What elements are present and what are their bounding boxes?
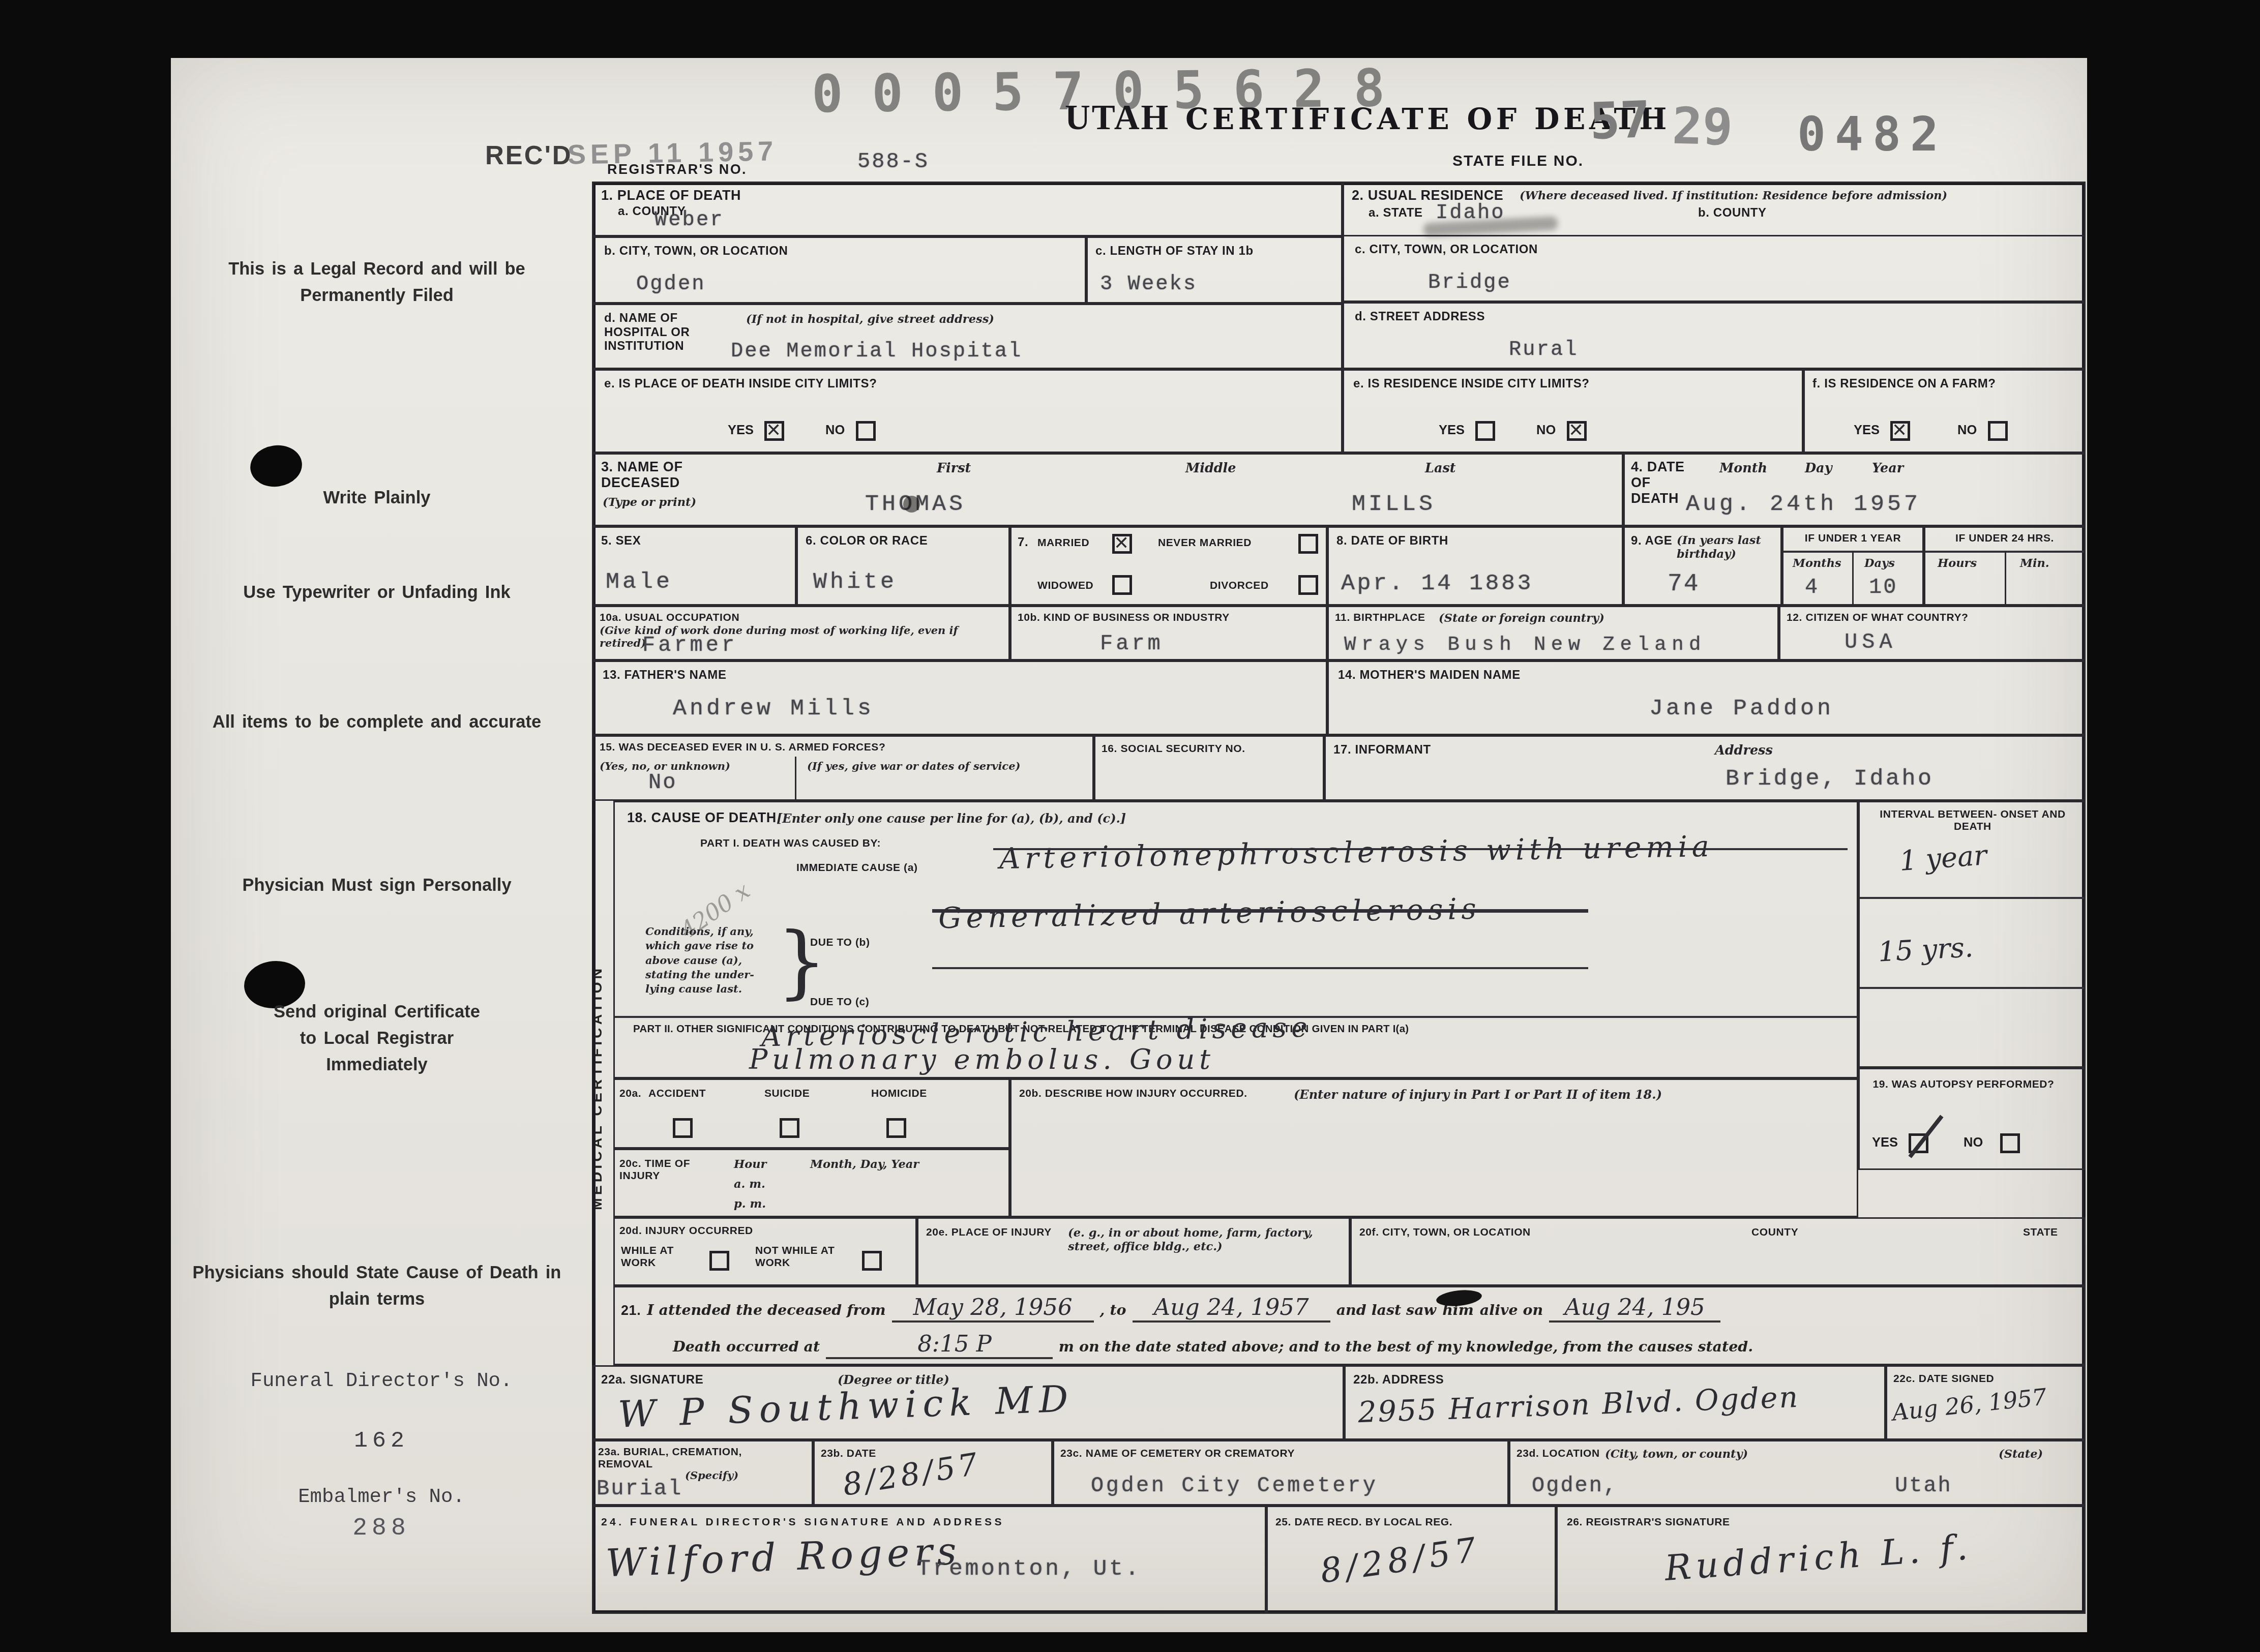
last-seen-handwriting: Aug 24, 195 — [1549, 1294, 1720, 1323]
field-value: Idaho — [1436, 201, 1505, 225]
field-age: 9. AGE (In years last birthday) 74 — [1623, 526, 1782, 606]
interval-b-handwriting: 15 yrs. — [1877, 931, 1974, 968]
field-value: Male — [606, 569, 673, 595]
field-physician-address: 22b. ADDRESS 2955 Harrison Blvd. Ogden — [1344, 1365, 1886, 1440]
hours-label: Hours — [1938, 557, 1977, 570]
no-label: NO — [825, 423, 845, 438]
field-marital-status: 7. MARRIED NEVER MARRIED WIDOWED DIVORCE… — [1010, 526, 1327, 606]
months-value: 4 — [1805, 575, 1819, 599]
ink-blot — [1436, 1288, 1483, 1308]
field-value: No — [648, 770, 677, 795]
field-value: Ogden City Cemetery — [1091, 1474, 1378, 1498]
brace-glyph: } — [777, 915, 827, 1008]
field-label: 1. PLACE OF DEATH — [601, 188, 741, 203]
last-label: Last — [1425, 461, 1456, 476]
field-date-of-death: 4. DATE OF DEATH Month Day Year Aug. 24t… — [1623, 453, 2086, 526]
field-label: 3. NAME OF DECEASED — [601, 459, 716, 491]
statement-text: m on the date stated above; and to the b… — [1059, 1338, 1753, 1355]
field-death-inside-city-limits: e. IS PLACE OF DEATH INSIDE CITY LIMITS?… — [592, 369, 1343, 453]
field-residence-on-farm: f. IS RESIDENCE ON A FARM? YES NO — [1803, 369, 2086, 453]
field-label: 20e. PLACE OF INJURY — [926, 1226, 1052, 1239]
him-word: him — [1442, 1301, 1474, 1318]
part1-label: PART I. DEATH WAS CAUSED BY: — [700, 837, 881, 850]
field-note2: (If yes, give war or dates of service) — [807, 760, 1082, 772]
while-at-work-label: WHILE AT WORK — [621, 1245, 700, 1269]
min-label: Min. — [2020, 557, 2049, 570]
checkbox-res-limits-no — [1567, 421, 1587, 441]
checkbox-farm-no — [1988, 421, 2008, 441]
field-label: d. NAME OF HOSPITAL OR INSTITUTION — [604, 311, 714, 353]
margin-note-legal: This is a Legal Record and will be Perma… — [180, 256, 574, 309]
field-label: 11. BIRTHPLACE — [1335, 612, 1425, 624]
field-burial-date: 23b. DATE 8/28/57 — [813, 1440, 1053, 1506]
field-informant: 17. INFORMANT Address Bridge, Idaho — [1324, 735, 2086, 801]
field-label: INTERVAL BETWEEN- ONSET AND DEATH — [1866, 808, 2079, 833]
field-citizen-of-what-country: 12. CITIZEN OF WHAT COUNTRY? USA — [1779, 606, 2086, 660]
field-label: 16. SOCIAL SECURITY NO. — [1102, 743, 1315, 755]
field-note: (If not in hospital, give street address… — [746, 313, 994, 326]
checkbox-autopsy-no — [2000, 1133, 2020, 1153]
field-birthplace: 11. BIRTHPLACE (State or foreign country… — [1327, 606, 1779, 660]
field-mothers-maiden-name: 14. MOTHER'S MAIDEN NAME Jane Paddon — [1327, 660, 2086, 735]
city-value: Ogden, — [1532, 1474, 1618, 1498]
field-label: 23b. DATE — [821, 1448, 876, 1460]
field-label: 23c. NAME OF CEMETERY OR CREMATORY — [1060, 1448, 1295, 1460]
widowed-label: WIDOWED — [1037, 580, 1093, 592]
field-value: Apr. 14 1883 — [1341, 570, 1533, 596]
field-value: 74 — [1668, 570, 1700, 598]
field-value: 3 Weeks — [1100, 273, 1197, 296]
field-label: 22b. ADDRESS — [1353, 1373, 1444, 1387]
margin-note-complete: All items to be complete and accurate — [180, 709, 574, 736]
hour-label: Hour — [734, 1158, 766, 1172]
field-note: [Enter only one cause per line for (a), … — [777, 812, 1126, 826]
checkbox-married — [1112, 534, 1132, 554]
field-sex: 5. SEX Male — [592, 526, 796, 606]
state-file-stamp-a: 57 — [1589, 91, 1651, 151]
field-cemetery-location: 23d. LOCATION (City, town, or county) (S… — [1509, 1440, 2086, 1506]
field-autopsy: 19. WAS AUTOPSY PERFORMED? YES NO — [1858, 1068, 2086, 1170]
field-label: IF UNDER 1 YEAR — [1783, 532, 1922, 545]
am-label: a. m. — [734, 1178, 765, 1191]
field-value: Farm — [1100, 632, 1164, 656]
field-value: Ogden — [636, 273, 706, 296]
field-label: 15. WAS DECEASED EVER IN U. S. ARMED FOR… — [600, 741, 885, 754]
margin-note-send: Send original Certificate to Local Regis… — [180, 999, 574, 1078]
statement-text: and last saw — [1336, 1301, 1437, 1318]
field-registrar-signature: 26. REGISTRAR'S SIGNATURE Ruddrich L. f. — [1556, 1506, 2086, 1614]
field-time-of-injury: 20c. TIME OF INJURY Hour a. m. p. m. Mon… — [613, 1149, 1010, 1217]
first-label: First — [937, 461, 971, 476]
field-if-under-1-year: IF UNDER 1 YEAR Months Days 4 10 — [1782, 526, 1924, 606]
margin-note-cause: Physicians should State Cause of Death i… — [180, 1260, 574, 1313]
field-label: 14. MOTHER'S MAIDEN NAME — [1338, 668, 1521, 682]
days-label: Days — [1864, 557, 1895, 570]
suicide-label: SUICIDE — [764, 1088, 810, 1100]
field-social-security-no: 16. SOCIAL SECURITY NO. — [1094, 735, 1324, 801]
address-handwriting: 2955 Harrison Blvd. Ogden — [1357, 1380, 1800, 1429]
not-while-at-work-label: NOT WHILE AT WORK — [755, 1245, 847, 1269]
checkbox-res-limits-yes — [1475, 421, 1495, 441]
field-place-of-injury: 20e. PLACE OF INJURY (e. g., in or about… — [917, 1217, 1350, 1286]
time-of-death-handwriting: 8:15 P — [826, 1330, 1053, 1359]
field-sublabel: a. STATE — [1369, 206, 1423, 220]
field-name-of-deceased: 3. NAME OF DECEASED (Type or print) Firs… — [592, 453, 1623, 526]
never-married-label: NEVER MARRIED — [1158, 537, 1252, 549]
day-label: Day — [1805, 461, 1832, 476]
yes-label: YES — [1439, 423, 1465, 438]
margin-note-typewriter: Use Typewriter or Unfading Ink — [180, 580, 574, 606]
state-value: Utah — [1895, 1474, 1952, 1498]
accident-label: ACCIDENT — [648, 1088, 706, 1100]
field-value: Weber — [655, 208, 724, 232]
field-label: 20a. — [619, 1088, 641, 1100]
checkbox-homicide — [886, 1118, 906, 1138]
field-accident-suicide-homicide: 20a. ACCIDENT SUICIDE HOMICIDE — [613, 1078, 1010, 1149]
statement-text: I attended the deceased from — [647, 1301, 885, 1318]
field-label: c. LENGTH OF STAY IN 1b — [1095, 244, 1324, 258]
statement-text: alive on — [1480, 1301, 1543, 1318]
field-label: e. IS RESIDENCE INSIDE CITY LIMITS? — [1353, 377, 1590, 391]
field-label: 18. CAUSE OF DEATH — [627, 810, 777, 826]
field-label: 23a. BURIAL, CREMATION, REMOVAL — [598, 1446, 766, 1470]
field-label: 21. — [621, 1303, 641, 1318]
field-note: (In years last birthday) — [1677, 534, 1783, 561]
state-file-label: STATE FILE NO. — [1452, 153, 1584, 170]
immediate-cause-label: IMMEDIATE CAUSE (a) — [796, 862, 918, 874]
field-color-or-race: 6. COLOR OR RACE White — [796, 526, 1010, 606]
field-label: c. CITY, TOWN, OR LOCATION — [1355, 243, 1538, 257]
field-value: Dee Memorial Hospital — [731, 340, 1022, 363]
field-armed-forces: 15. WAS DECEASED EVER IN U. S. ARMED FOR… — [592, 735, 1094, 801]
field-injury-city: 20f. CITY, TOWN, OR LOCATION COUNTY STAT… — [1350, 1217, 2086, 1286]
yes-label: YES — [1854, 423, 1880, 438]
field-injury-occurred: 20d. INJURY OCCURRED WHILE AT WORK NOT W… — [613, 1217, 917, 1286]
field-label: 20f. CITY, TOWN, OR LOCATION — [1359, 1226, 1531, 1239]
field-funeral-director-signature: 24. FUNERAL DIRECTOR'S SIGNATURE AND ADD… — [592, 1506, 1266, 1614]
field-label: d. STREET ADDRESS — [1355, 310, 1485, 324]
field-city-of-death: b. CITY, TOWN, OR LOCATION Ogden — [592, 236, 1086, 304]
field-note: (Specify) — [685, 1469, 738, 1482]
field-describe-injury: 20b. DESCRIBE HOW INJURY OCCURRED. (Ente… — [1010, 1078, 1858, 1217]
field-value: Rural — [1509, 338, 1579, 362]
field-label: 9. AGE — [1631, 534, 1672, 548]
year-label: Year — [1872, 461, 1904, 476]
field-label: 25. DATE RECD. BY LOCAL REG. — [1275, 1516, 1520, 1528]
field-residence-street: d. STREET ADDRESS Rural — [1343, 302, 2086, 369]
field-label: 7. — [1018, 535, 1028, 550]
field-label: 13. FATHER'S NAME — [603, 668, 727, 682]
field-residence-city: c. CITY, TOWN, OR LOCATION Bridge — [1343, 235, 2086, 302]
field-date-of-birth: 8. DATE OF BIRTH Apr. 14 1883 — [1327, 526, 1623, 606]
checkbox-widowed — [1112, 575, 1132, 595]
funeral-director-no: 162 — [229, 1428, 534, 1454]
month-label: Month — [1719, 461, 1767, 476]
checkbox-suicide — [780, 1118, 799, 1138]
field-cause-of-death: 18. CAUSE OF DEATH [Enter only one cause… — [613, 801, 1858, 1078]
embalmer-no-label: Embalmer's No. — [198, 1486, 564, 1508]
field-usual-residence-state: 2. USUAL RESIDENCE (Where deceased lived… — [1343, 182, 2086, 236]
statement-text: Death occurred at — [673, 1338, 820, 1355]
no-label: NO — [1957, 423, 1977, 438]
checkbox-farm-yes — [1890, 421, 1910, 441]
field-label: 12. CITIZEN OF WHAT COUNTRY? — [1787, 612, 2076, 624]
field-label: 6. COLOR OR RACE — [806, 534, 928, 548]
field-label: 20b. DESCRIBE HOW INJURY OCCURRED. — [1019, 1088, 1247, 1100]
pm-label: p. m. — [734, 1197, 766, 1211]
field-value: Aug. 24th 1957 — [1686, 491, 1921, 517]
checkbox-divorced — [1298, 575, 1318, 595]
field-value: White — [813, 569, 897, 595]
registrar-handwriting: Ruddrich L. f. — [1663, 1527, 1974, 1589]
field-note: (City, town, or county) — [1605, 1448, 1748, 1461]
checkbox-not-while-at-work — [862, 1251, 882, 1271]
field-label: f. IS RESIDENCE ON A FARM? — [1812, 377, 2079, 391]
interval-a-handwriting: 1 year — [1898, 839, 1988, 877]
no-label: NO — [1536, 423, 1556, 438]
field-label: e. IS PLACE OF DEATH INSIDE CITY LIMITS? — [604, 377, 877, 391]
state-file-stamp-b: 29 — [1672, 97, 1734, 157]
scanned-death-certificate: 0005705628 REC'D SEP 11 1957 588-S REGIS… — [0, 0, 2259, 1652]
field-burial-type: 23a. BURIAL, CREMATION, REMOVAL (Specify… — [592, 1440, 813, 1506]
yes-label: YES — [728, 423, 754, 438]
field-note: (Type or print) — [603, 496, 696, 509]
month-day-year-label: Month, Day, Year — [810, 1158, 919, 1172]
field-value: Farmer — [642, 633, 737, 657]
field-label: 20c. TIME OF INJURY — [619, 1158, 711, 1182]
cause-b-handwriting: Generalized arteriosclerosis — [938, 892, 1481, 936]
field-physician-signature: 22a. SIGNATURE (Degree or title) W P Sou… — [592, 1365, 1344, 1440]
state-note: (State) — [1999, 1448, 2043, 1461]
field-cemetery-name: 23c. NAME OF CEMETERY OR CREMATORY Ogden… — [1053, 1440, 1509, 1506]
checkbox-never-married — [1298, 534, 1318, 554]
statement-text: , to — [1100, 1301, 1126, 1318]
checkbox-death-limits-yes — [764, 421, 784, 441]
date-signed-handwriting: Aug 26, 1957 — [1891, 1383, 2048, 1426]
field-label: 23d. LOCATION — [1516, 1448, 1600, 1460]
middle-label: Middle — [1185, 461, 1236, 476]
form-code: 588-S — [857, 149, 929, 174]
conditions-note: Conditions, if any, which gave rise to a… — [645, 924, 780, 997]
checkbox-accident — [673, 1118, 693, 1138]
field-value: Andrew Mills — [673, 696, 874, 722]
field-usual-occupation: 10a. USUAL OCCUPATION (Give kind of work… — [592, 606, 1010, 660]
field-label: 22a. SIGNATURE — [601, 1373, 703, 1387]
field-label: 26. REGISTRAR'S SIGNATURE — [1567, 1516, 1730, 1528]
field-note: (Enter nature of injury in Part I or Par… — [1294, 1088, 1662, 1102]
field-value: Burial — [597, 1477, 682, 1501]
field-label: 10b. KIND OF BUSINESS OR INDUSTRY — [1018, 612, 1323, 624]
months-label: Months — [1793, 557, 1841, 570]
field-label: 19. WAS AUTOPSY PERFORMED? — [1872, 1078, 2055, 1091]
field-note: (Where deceased lived. If institution: R… — [1520, 189, 2069, 203]
part2-handwriting-2: Pulmonary embolus. Gout — [749, 1043, 1215, 1075]
field-date-received: 25. DATE RECD. BY LOCAL REG. 8/28/57 — [1266, 1506, 1556, 1614]
field-label: 20d. INJURY OCCURRED — [619, 1225, 753, 1237]
field-fathers-name: 13. FATHER'S NAME Andrew Mills — [592, 660, 1327, 735]
field-interval-onset-death: INTERVAL BETWEEN- ONSET AND DEATH 1 year… — [1858, 801, 2086, 1068]
address-label: Address — [1715, 743, 1773, 759]
homicide-label: HOMICIDE — [871, 1088, 927, 1100]
embalmer-no: 288 — [229, 1515, 534, 1542]
field-if-under-24-hrs: IF UNDER 24 HRS. Hours Min. — [1924, 526, 2086, 606]
field-place-of-death-county: 1. PLACE OF DEATH a. COUNTY Weber — [592, 182, 1343, 236]
field-hospital-name: d. NAME OF HOSPITAL OR INSTITUTION (If n… — [592, 304, 1343, 369]
divorced-label: DIVORCED — [1210, 580, 1269, 592]
field-value: Wrays Bush New Zeland — [1344, 634, 1706, 656]
field-value: Jane Paddon — [1649, 696, 1834, 722]
field-label: b. CITY, TOWN, OR LOCATION — [604, 244, 788, 258]
field-value: Bridge — [1428, 271, 1511, 294]
margin-note-physician: Physician Must sign Personally — [180, 873, 574, 899]
state-label: STATE — [2023, 1226, 2058, 1239]
cause-a-handwriting: Arteriolonephrosclerosis with uremia — [999, 830, 1714, 876]
field-label: IF UNDER 24 HRS. — [1925, 532, 2084, 545]
field-value: Bridge, Idaho — [1726, 766, 1934, 792]
field-residence-inside-city-limits: e. IS RESIDENCE INSIDE CITY LIMITS? YES … — [1343, 369, 1803, 453]
checkbox-death-limits-no — [856, 421, 876, 441]
date-received-handwriting: 8/28/57 — [1318, 1529, 1483, 1590]
no-label: NO — [1964, 1135, 1983, 1150]
due-to-c-label: DUE TO (c) — [810, 996, 869, 1008]
days-value: 10 — [1869, 575, 1897, 599]
attended-to-handwriting: Aug 24, 1957 — [1133, 1294, 1330, 1323]
funeral-director-no-label: Funeral Director's No. — [229, 1370, 534, 1392]
field-kind-of-business: 10b. KIND OF BUSINESS OR INDUSTRY Farm — [1010, 606, 1327, 660]
county-label: COUNTY — [1751, 1226, 1798, 1239]
field-label: 24. FUNERAL DIRECTOR'S SIGNATURE AND ADD… — [601, 1516, 1004, 1528]
margin-note-plainly: Write Plainly — [180, 485, 574, 512]
registrars-no-label: REGISTRAR'S NO. — [607, 162, 747, 177]
field-label: 17. INFORMANT — [1333, 743, 1431, 757]
field-sublabel-county: b. COUNTY — [1698, 206, 1767, 220]
married-label: MARRIED — [1037, 537, 1089, 549]
due-to-b-label: DUE TO (b) — [810, 937, 870, 949]
field-value: USA — [1845, 630, 1897, 654]
field-date-signed: 22c. DATE SIGNED Aug 26, 1957 — [1886, 1365, 2086, 1440]
title-state: UTAH — [1065, 98, 1170, 138]
received-stamp: REC'D — [485, 140, 573, 170]
field-length-of-stay: c. LENGTH OF STAY IN 1b 3 Weeks — [1086, 236, 1343, 304]
field-attendance-statement: 21. I attended the deceased from May 28,… — [613, 1286, 2086, 1365]
state-file-stamp-c: 0482 — [1797, 107, 1948, 162]
checkbox-while-at-work — [709, 1251, 729, 1271]
field-note: (State or foreign country) — [1439, 612, 1604, 625]
field-label: 10a. USUAL OCCUPATION — [600, 612, 739, 624]
field-label: 8. DATE OF BIRTH — [1336, 534, 1448, 548]
ink-blot — [903, 496, 920, 513]
field-note: (e. g., in or about home, farm, factory,… — [1068, 1226, 1343, 1254]
yes-label: YES — [1872, 1135, 1898, 1150]
attended-from-handwriting: May 28, 1956 — [892, 1294, 1094, 1323]
funeral-director-handwriting: Wilford Rogers — [605, 1528, 962, 1585]
field-label: 22c. DATE SIGNED — [1893, 1373, 1994, 1385]
funeral-director-address: Tremonton, Ut. — [917, 1556, 1141, 1582]
last-name-value: MILLS — [1352, 491, 1436, 517]
field-label: 5. SEX — [601, 534, 641, 548]
